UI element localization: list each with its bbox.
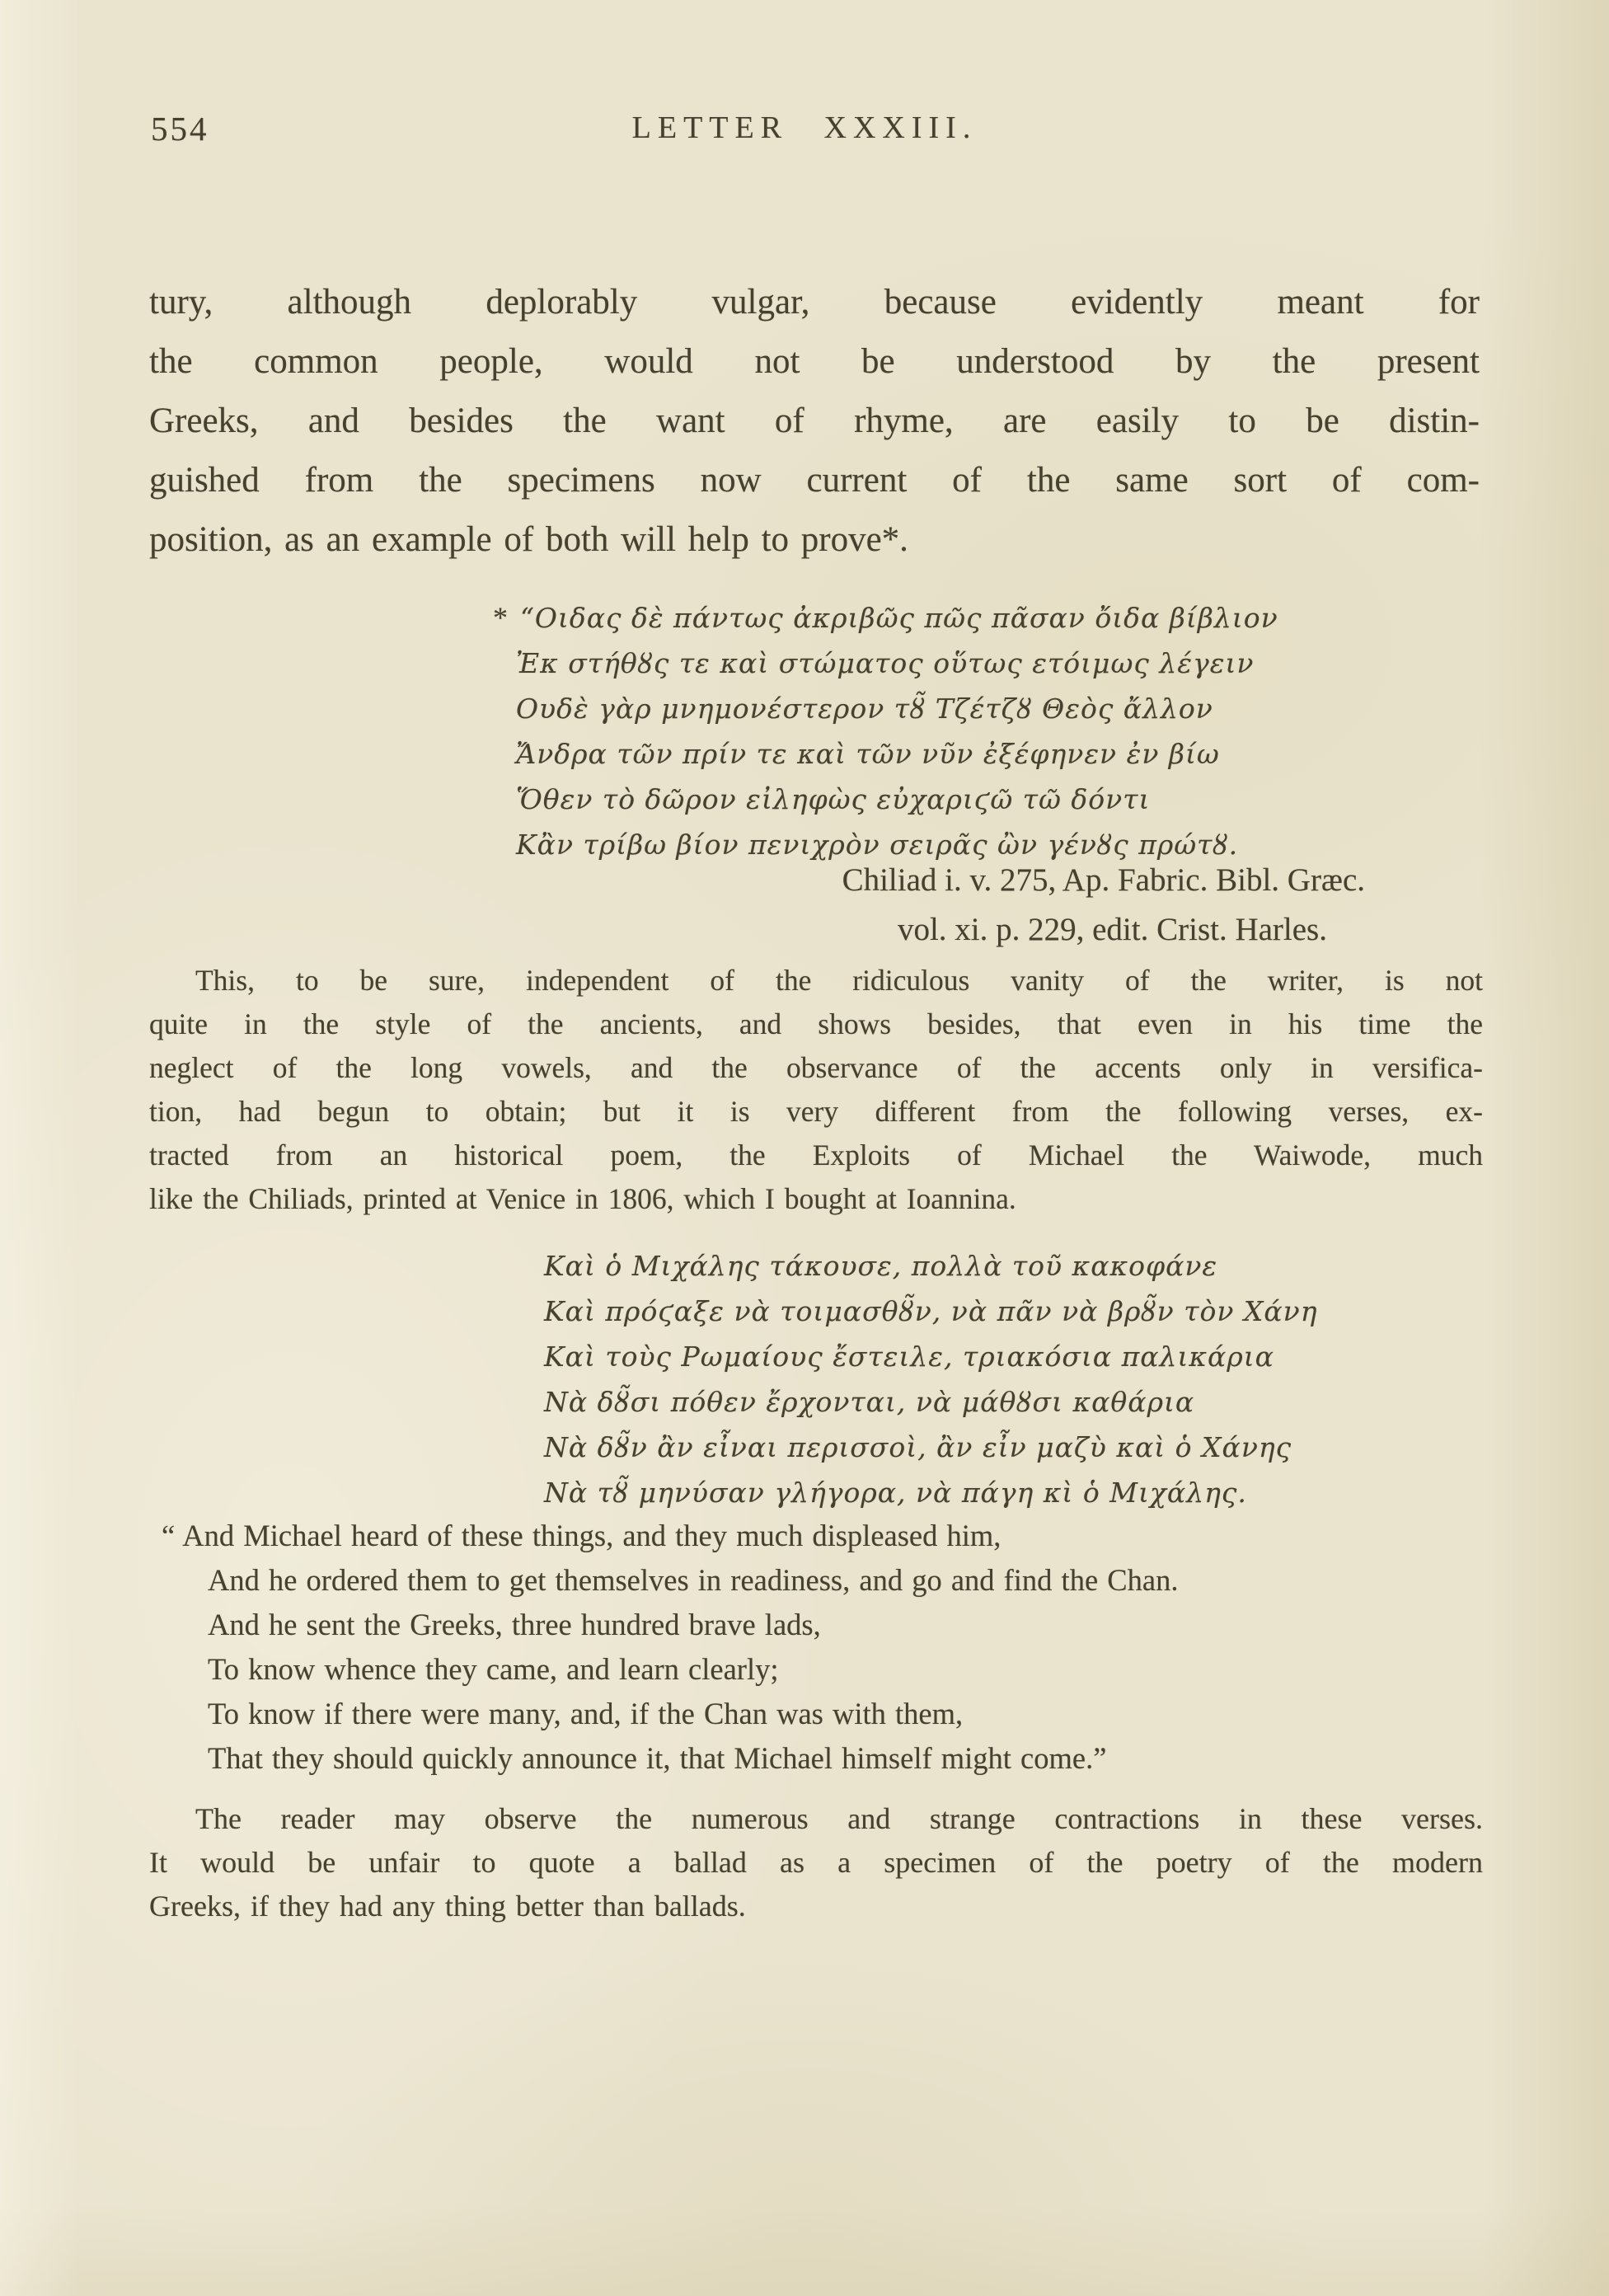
citation-line: vol. xi. p. 229, edit. Crist. Harles. — [495, 905, 1365, 955]
paragraph-line: guished from the specimens now current o… — [149, 451, 1480, 510]
paragraph-line: like the Chiliads, printed at Venice in … — [149, 1177, 1483, 1221]
paragraph-line: tracted from an historical poem, the Exp… — [149, 1134, 1483, 1177]
footnote-citation: Chiliad i. v. 275, Ap. Fabric. Bibl. Græ… — [495, 856, 1365, 955]
paragraph-line: This, to be sure, independent of the rid… — [149, 959, 1483, 1002]
citation-line: Chiliad i. v. 275, Ap. Fabric. Bibl. Græ… — [495, 856, 1365, 905]
greek-verse-line: Νὰ δȣ̃σι πόθεν ἔρχονται, νὰ μάθȣσι καθάρ… — [544, 1379, 1451, 1425]
english-translation-verses: “ And Michael heard of these things, and… — [162, 1514, 1513, 1781]
greek-verse-line: Ὅθεν τὸ δῶρον εἰληφὼς εὐχαριϛῶ τῶ δόντι — [493, 777, 1400, 822]
scanned-book-page: 554 LETTER XXXIII. tury, although deplor… — [0, 0, 1609, 2296]
paragraph-line: tury, although deplorably vulgar, becaus… — [149, 273, 1480, 332]
paragraph-line: It would be unfair to quote a ballad as … — [149, 1841, 1483, 1885]
greek-verse-line: *“Οιδας δὲ πάντως ἀκριβῶς πῶς πᾶσαν ὄιδα… — [493, 595, 1400, 641]
greek-verse-line: Νὰ τȣ̃ μηνύσαν γλήγορα, νὰ πάγη κὶ ὁ Μιχ… — [544, 1470, 1451, 1515]
paragraph-closing: The reader may observe the numerous and … — [149, 1797, 1483, 1928]
paragraph-line: the common people, would not be understo… — [149, 332, 1480, 392]
translation-line: To know whence they came, and learn clea… — [162, 1647, 1513, 1692]
greek-verse-line: Καὶ τοὺς Ρωμαίους ἔστειλε, τριακόσια παλ… — [544, 1334, 1451, 1379]
paragraph-line: Greeks, if they had any thing better tha… — [149, 1885, 1483, 1928]
paragraph-line: tion, had begun to obtain; but it is ver… — [149, 1090, 1483, 1134]
greek-verse-line: Ἐκ στήθȣς τε καὶ στώματος οὕτως ετόιμως … — [493, 641, 1400, 686]
running-header: LETTER XXXIII. — [0, 110, 1609, 146]
footnote-greek-verses: *“Οιδας δὲ πάντως ἀκριβῶς πῶς πᾶσαν ὄιδα… — [493, 595, 1400, 867]
paragraph-line: The reader may observe the numerous and … — [149, 1797, 1483, 1841]
paragraph-line: quite in the style of the ancients, and … — [149, 1002, 1483, 1046]
translation-line: That they should quickly announce it, th… — [162, 1736, 1513, 1781]
translation-line: To know if there were many, and, if the … — [162, 1692, 1513, 1736]
greek-verse-line: Καὶ πρόϛαξε νὰ τοιμασθȣ̃ν, νὰ πᾶν νὰ βρȣ… — [544, 1289, 1451, 1334]
greek-ballad-verses: Καὶ ὁ Μιχάλης τάκουσε, πολλὰ τοῦ κακοφάν… — [544, 1243, 1451, 1515]
greek-verse-line: Καὶ ὁ Μιχάλης τάκουσε, πολλὰ τοῦ κακοφάν… — [544, 1243, 1451, 1289]
paragraph-line: neglect of the long vowels, and the obse… — [149, 1046, 1483, 1090]
translation-line: And he ordered them to get themselves in… — [162, 1558, 1513, 1603]
paragraph-line: Greeks, and besides the want of rhyme, a… — [149, 392, 1480, 451]
greek-verse-line: Νὰ δȣ̃ν ἂν εἶναι περισσοὶ, ἂν εἶν μαζὺ κ… — [544, 1425, 1451, 1470]
paragraph-commentary: This, to be sure, independent of the rid… — [149, 959, 1483, 1221]
footnote-asterisk-marker: * — [493, 601, 509, 634]
translation-line: “ And Michael heard of these things, and… — [162, 1514, 1513, 1558]
paragraph-main: tury, although deplorably vulgar, becaus… — [149, 273, 1480, 570]
greek-verse-line: Ουδὲ γὰρ μνημονέστερον τȣ̃ Τζέτζȣ Θεὸς ἄ… — [493, 686, 1400, 731]
translation-line: And he sent the Greeks, three hundred br… — [162, 1603, 1513, 1647]
greek-verse-text: “Οιδας δὲ πάντως ἀκριβῶς πῶς πᾶσαν ὄιδα … — [520, 602, 1278, 634]
greek-verse-line: Ἄνδρα τῶν πρίν τε καὶ τῶν νῦν ἐξέφηνεν ἐ… — [493, 731, 1400, 777]
paragraph-line: position, as an example of both will hel… — [149, 510, 1480, 570]
